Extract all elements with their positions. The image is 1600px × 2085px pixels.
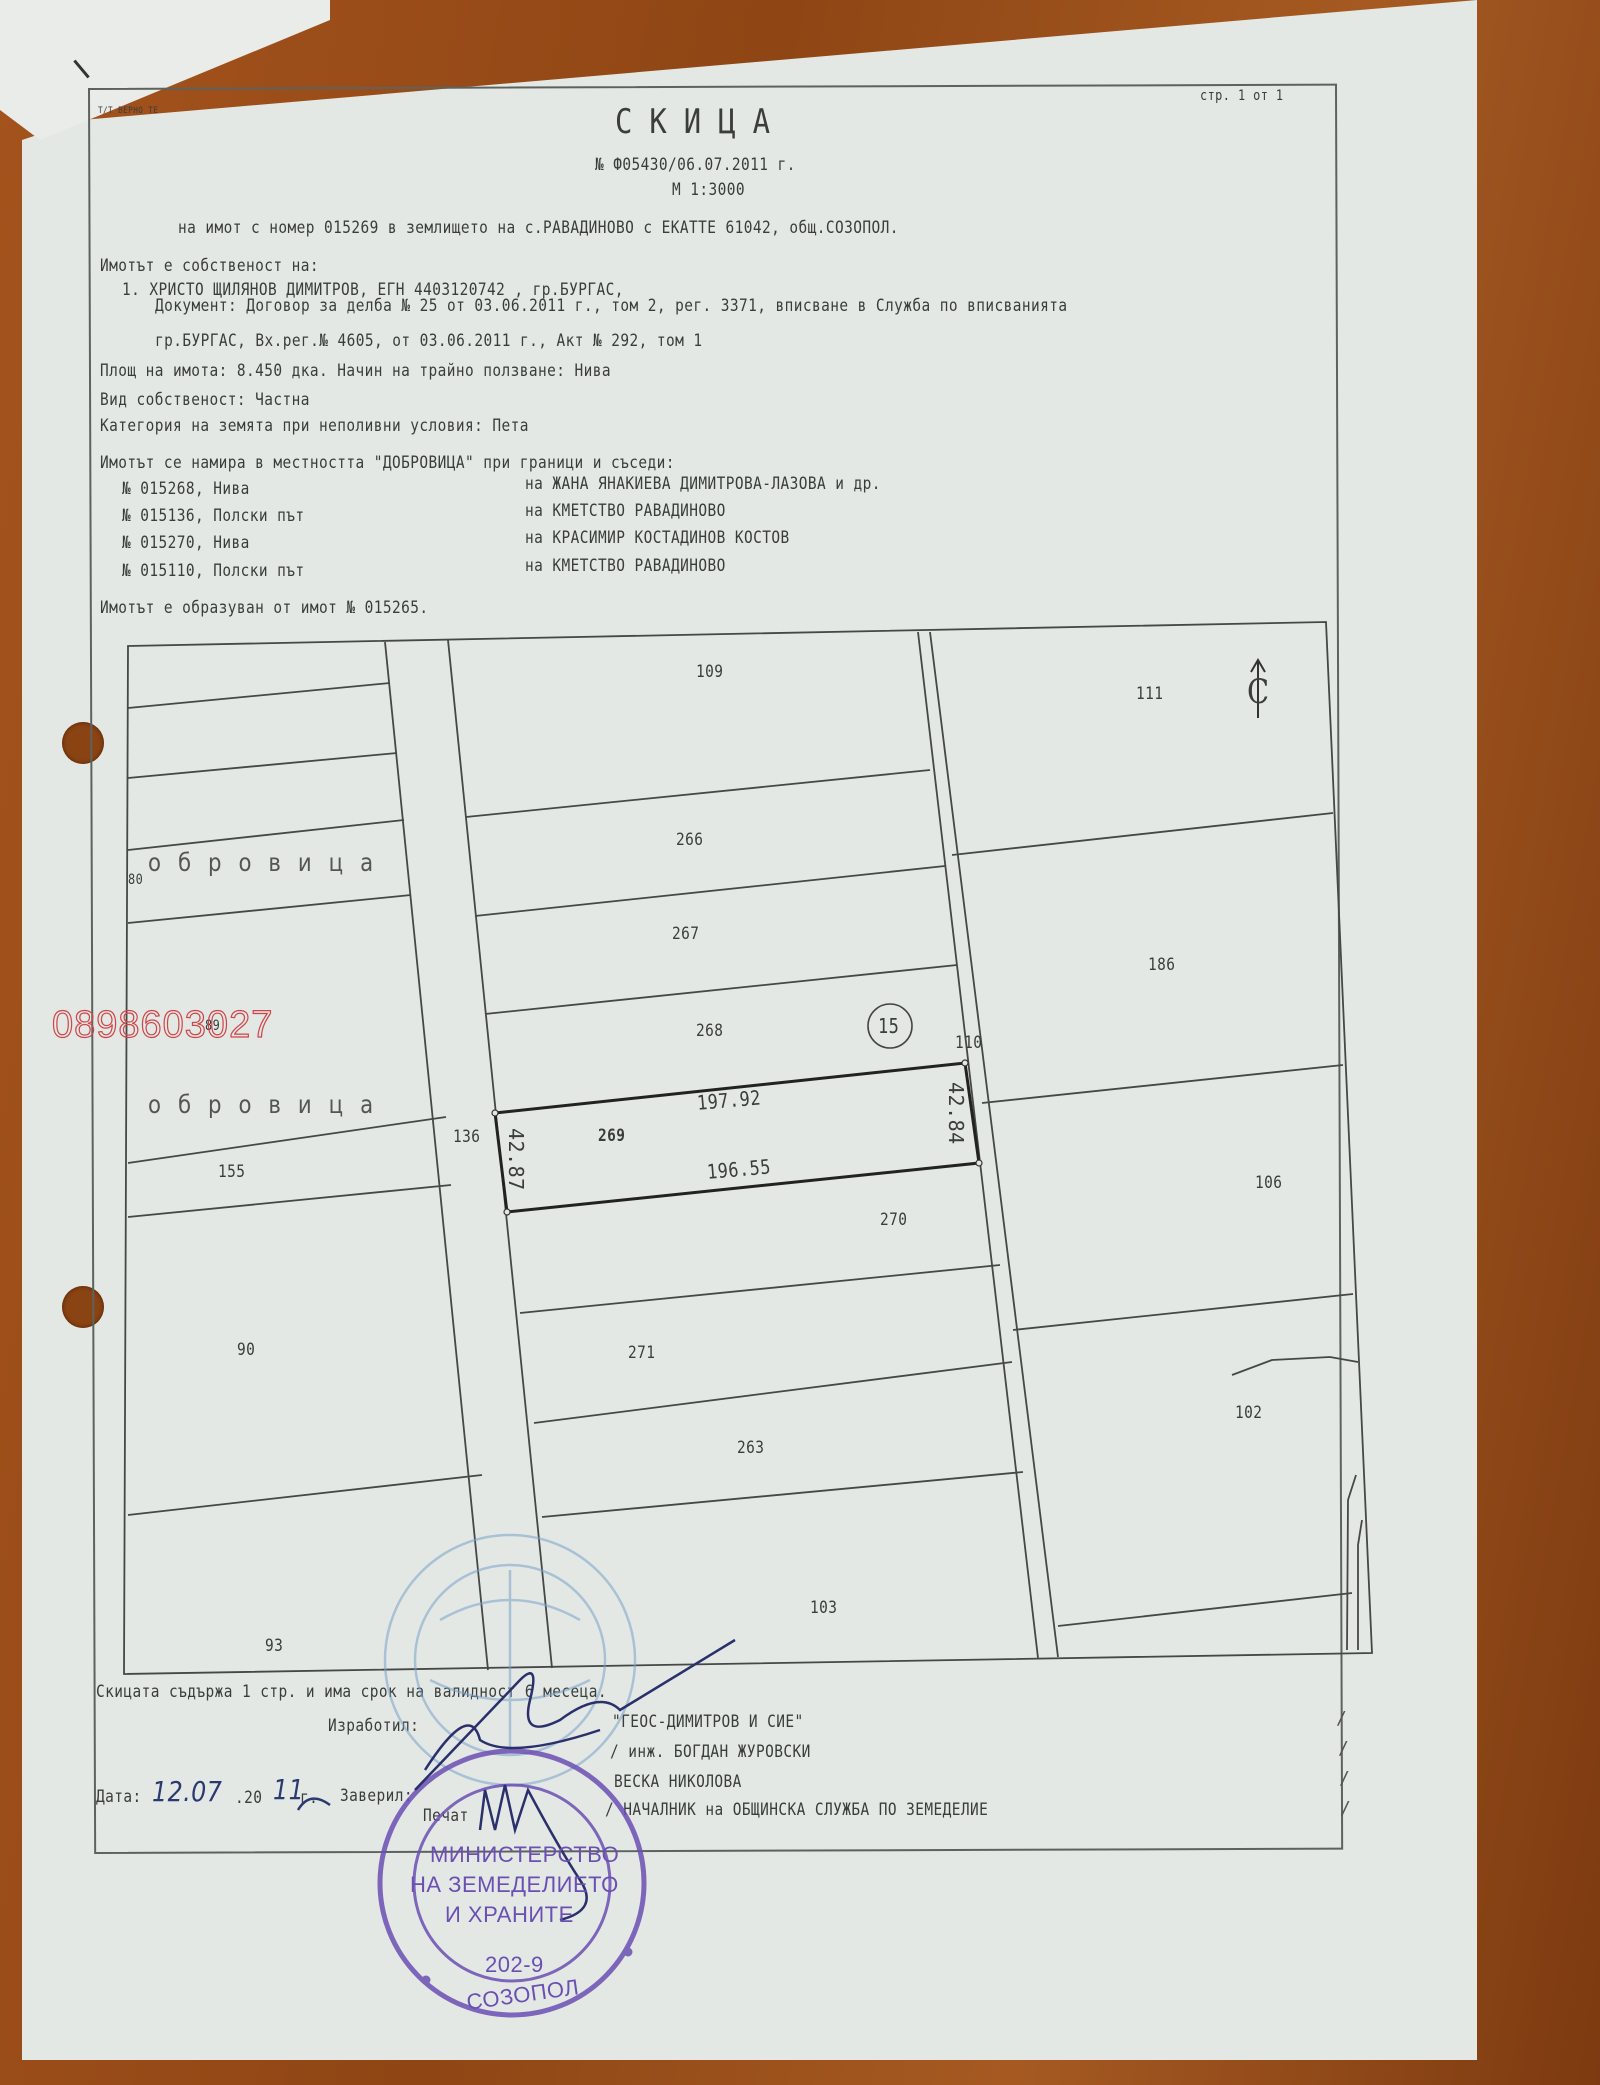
stamps-layer: [0, 0, 1600, 2085]
date-underline: [298, 1799, 330, 1810]
stamp-code: 202-9: [485, 1952, 544, 1978]
stamp-center-line-3: И ХРАНИТЕ: [445, 1902, 574, 1928]
stamp-center-line-2: НА ЗЕМЕДЕЛИЕТО: [410, 1872, 619, 1898]
stamp-center-line-1: МИНИСТЕРСТВО: [430, 1842, 619, 1868]
